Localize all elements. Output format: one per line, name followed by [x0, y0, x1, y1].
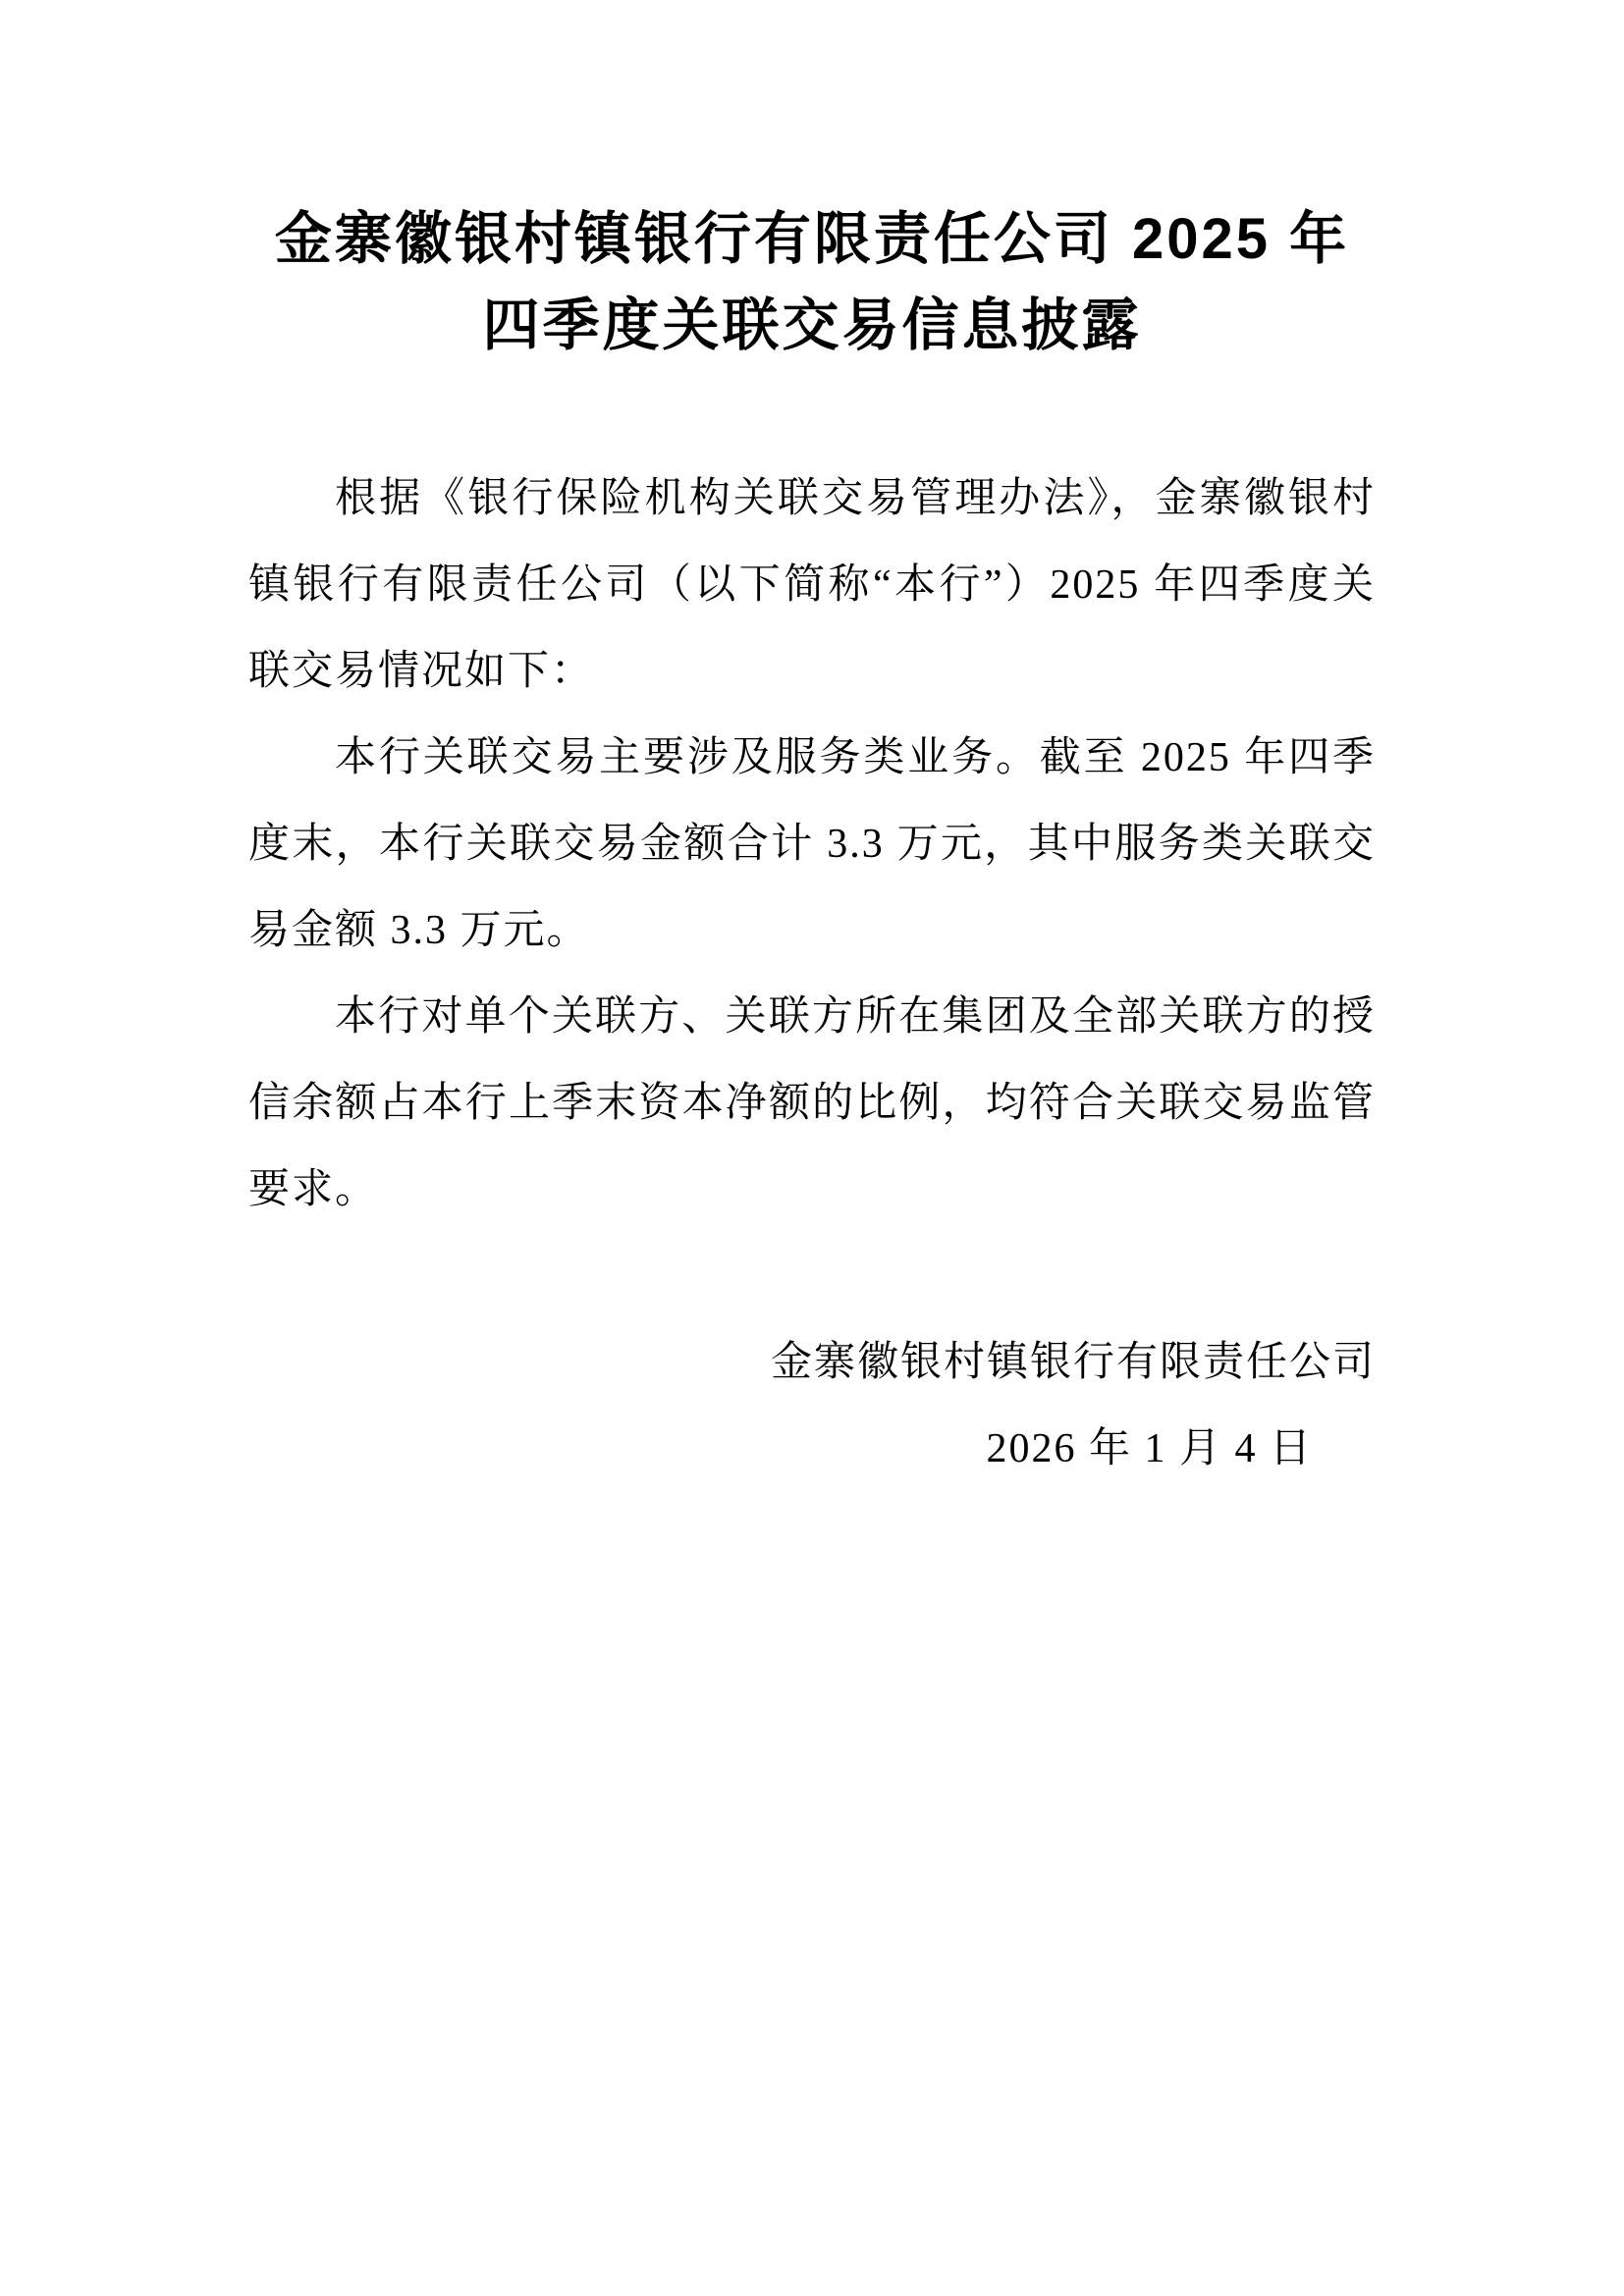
- document-title-line2: 四季度关联交易信息披露: [248, 283, 1376, 369]
- document-page: 金寨徽银村镇银行有限责任公司 2025 年 四季度关联交易信息披露 根据《银行保…: [0, 0, 1624, 2296]
- signature-date: 2026 年 1 月 4 日: [248, 1406, 1376, 1492]
- document-title: 金寨徽银村镇银行有限责任公司 2025 年 四季度关联交易信息披露: [248, 196, 1376, 369]
- paragraph-credit-ratio-compliance: 本行对单个关联方、关联方所在集团及全部关联方的授信余额占本行上季末资本净额的比例…: [248, 974, 1376, 1233]
- paragraph-basis: 根据《银行保险机构关联交易管理办法》，金寨徽银村镇银行有限责任公司（以下简称“本…: [248, 455, 1376, 715]
- document-title-line1: 金寨徽银村镇银行有限责任公司 2025 年: [248, 196, 1376, 283]
- title-body-gap: [248, 369, 1376, 455]
- signature-block: 金寨徽银村镇银行有限责任公司 2026 年 1 月 4 日: [248, 1319, 1376, 1492]
- document-body: 根据《银行保险机构关联交易管理办法》，金寨徽银村镇银行有限责任公司（以下简称“本…: [248, 455, 1376, 1233]
- document-content: 金寨徽银村镇银行有限责任公司 2025 年 四季度关联交易信息披露 根据《银行保…: [248, 0, 1376, 1492]
- signature-company-name: 金寨徽银村镇银行有限责任公司: [248, 1319, 1376, 1406]
- paragraph-transaction-amounts: 本行关联交易主要涉及服务类业务。截至 2025 年四季度末，本行关联交易金额合计…: [248, 715, 1376, 974]
- body-signature-gap: [248, 1233, 1376, 1319]
